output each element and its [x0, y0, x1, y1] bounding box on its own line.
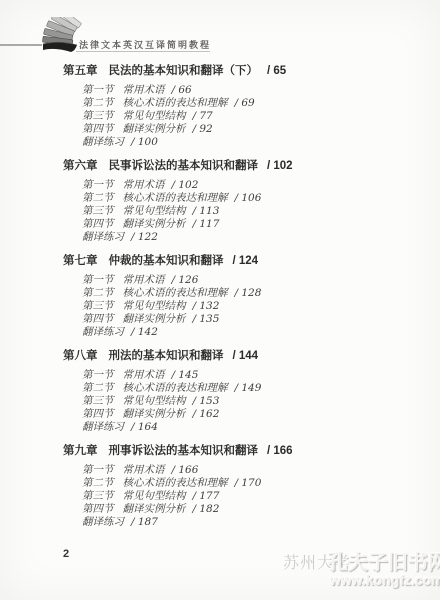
- chapter-heading: 第五章民法的基本知识和翻译（下）/ 65: [63, 64, 420, 79]
- section-title: 常见句型结构: [123, 395, 186, 407]
- section-page-number: / 187: [131, 516, 158, 528]
- chapter-title: 刑法的基本知识和翻译: [109, 350, 224, 362]
- section-number-label: 第一节: [82, 464, 114, 476]
- section-page-number: / 66: [172, 84, 192, 96]
- toc-section-entry: 第一节常用术语/ 102: [82, 179, 420, 192]
- chapter-page-number: / 124: [233, 255, 259, 267]
- section-page-number: / 113: [193, 205, 220, 217]
- section-title: 翻译练习: [82, 421, 124, 433]
- toc-section-entry: 第三节常见句型结构/ 113: [82, 205, 420, 218]
- toc-section-entry: 第四节翻译实例分析/ 135: [82, 313, 420, 326]
- section-number-label: 第一节: [82, 274, 114, 286]
- section-page-number: / 122: [131, 231, 158, 243]
- section-title: 翻译练习: [82, 136, 124, 148]
- section-page-number: / 126: [172, 274, 199, 286]
- chapter-heading: 第八章刑法的基本知识和翻译/ 144: [63, 349, 420, 364]
- section-page-number: / 142: [131, 326, 158, 338]
- toc-section-entry: 第四节翻译实例分析/ 182: [82, 503, 420, 516]
- section-title: 翻译练习: [82, 231, 124, 243]
- section-title: 翻译实例分析: [123, 408, 186, 420]
- section-title: 翻译实例分析: [123, 503, 186, 515]
- section-title: 核心术语的表达和理解: [123, 382, 228, 394]
- toc-section-entry: 第三节常见句型结构/ 177: [82, 490, 420, 503]
- chapter-heading: 第六章民事诉讼法的基本知识和翻译/ 102: [63, 159, 420, 174]
- section-page-number: / 102: [172, 179, 199, 191]
- toc-section-entry: 第三节常见句型结构/ 77: [82, 110, 420, 123]
- section-number-label: 第三节: [82, 395, 114, 407]
- toc-section-entry: 第二节核心术语的表达和理解/ 69: [82, 97, 420, 110]
- section-title: 翻译实例分析: [123, 123, 186, 135]
- table-of-contents: 第五章民法的基本知识和翻译（下）/ 65 第一节常用术语/ 66 第二节核心术语…: [63, 64, 420, 539]
- toc-section-entry: 翻译练习/ 187: [82, 516, 420, 529]
- section-number-label: 第三节: [82, 490, 114, 502]
- section-page-number: / 149: [235, 382, 262, 394]
- chapter-number-label: 第七章: [63, 255, 98, 267]
- toc-section-entry: 第四节翻译实例分析/ 92: [82, 123, 420, 136]
- chapter-number-label: 第九章: [63, 445, 98, 457]
- watermark-kongfz-url: www.kongfz.com: [330, 572, 440, 588]
- section-page-number: / 153: [193, 395, 220, 407]
- section-number-label: 第二节: [82, 97, 114, 109]
- section-page-number: / 170: [235, 477, 262, 489]
- toc-section-entry: 第三节常见句型结构/ 153: [82, 395, 420, 408]
- chapter-sections-list: 第一节常用术语/ 66 第二节核心术语的表达和理解/ 69 第三节常见句型结构/…: [63, 84, 420, 149]
- section-page-number: / 106: [235, 192, 262, 204]
- chapter-number-label: 第八章: [63, 350, 98, 362]
- chapter-title: 仲裁的基本知识和翻译: [109, 255, 224, 267]
- section-title: 常见句型结构: [123, 490, 186, 502]
- chapter-number-label: 第五章: [63, 65, 98, 77]
- toc-section-entry: 第二节核心术语的表达和理解/ 106: [82, 192, 420, 205]
- chapter-sections-list: 第一节常用术语/ 126 第二节核心术语的表达和理解/ 128 第三节常见句型结…: [63, 274, 420, 339]
- toc-chapter-block: 第六章民事诉讼法的基本知识和翻译/ 102 第一节常用术语/ 102 第二节核心…: [63, 159, 420, 244]
- toc-section-entry: 第一节常用术语/ 126: [82, 274, 420, 287]
- toc-section-entry: 第二节核心术语的表达和理解/ 128: [82, 287, 420, 300]
- chapter-number-label: 第六章: [63, 160, 98, 172]
- section-page-number: / 77: [193, 110, 213, 122]
- running-head-book-title: 法律文本英汉互译简明教程: [79, 38, 211, 51]
- section-number-label: 第一节: [82, 84, 114, 96]
- toc-section-entry: 翻译练习/ 100: [82, 136, 420, 149]
- toc-section-entry: 第二节核心术语的表达和理解/ 149: [82, 382, 420, 395]
- toc-chapter-block: 第九章刑事诉讼法的基本知识和翻译/ 166 第一节常用术语/ 166 第二节核心…: [63, 444, 420, 529]
- section-number-label: 第二节: [82, 477, 114, 489]
- section-number-label: 第四节: [82, 503, 114, 515]
- chapter-heading: 第七章仲裁的基本知识和翻译/ 124: [63, 254, 420, 269]
- section-number-label: 第一节: [82, 369, 114, 381]
- section-page-number: / 164: [131, 421, 158, 433]
- section-title: 常用术语: [123, 274, 165, 286]
- section-page-number: / 182: [193, 503, 220, 515]
- chapter-sections-list: 第一节常用术语/ 166 第二节核心术语的表达和理解/ 170 第三节常见句型结…: [63, 464, 420, 529]
- toc-chapter-block: 第五章民法的基本知识和翻译（下）/ 65 第一节常用术语/ 66 第二节核心术语…: [63, 64, 420, 149]
- section-title: 翻译实例分析: [123, 313, 186, 325]
- chapter-sections-list: 第一节常用术语/ 145 第二节核心术语的表达和理解/ 149 第三节常见句型结…: [63, 369, 420, 434]
- section-title: 常见句型结构: [123, 205, 186, 217]
- section-page-number: / 135: [193, 313, 220, 325]
- section-page-number: / 117: [193, 218, 220, 230]
- chapter-sections-list: 第一节常用术语/ 102 第二节核心术语的表达和理解/ 106 第三节常见句型结…: [63, 179, 420, 244]
- toc-chapter-block: 第七章仲裁的基本知识和翻译/ 124 第一节常用术语/ 126 第二节核心术语的…: [63, 254, 420, 339]
- section-number-label: 第三节: [82, 110, 114, 122]
- toc-section-entry: 第一节常用术语/ 145: [82, 369, 420, 382]
- toc-section-entry: 翻译练习/ 164: [82, 421, 420, 434]
- section-title: 翻译练习: [82, 516, 124, 528]
- chapter-title: 民事诉讼法的基本知识和翻译: [109, 160, 259, 172]
- toc-section-entry: 翻译练习/ 122: [82, 231, 420, 244]
- section-number-label: 第四节: [82, 408, 114, 420]
- fanned-books-logo-icon: [36, 17, 82, 54]
- section-title: 核心术语的表达和理解: [123, 287, 228, 299]
- section-title: 常用术语: [123, 179, 165, 191]
- section-number-label: 第四节: [82, 123, 114, 135]
- watermark-kongfz-site-text: 孔夫子旧书网: [328, 546, 440, 575]
- section-title: 常见句型结构: [123, 300, 186, 312]
- section-title: 核心术语的表达和理解: [123, 477, 228, 489]
- section-page-number: / 166: [172, 464, 199, 476]
- chapter-page-number: / 65: [267, 65, 286, 77]
- toc-chapter-block: 第八章刑法的基本知识和翻译/ 144 第一节常用术语/ 145 第二节核心术语的…: [63, 349, 420, 434]
- section-page-number: / 69: [235, 97, 255, 109]
- section-page-number: / 162: [193, 408, 220, 420]
- toc-section-entry: 第四节翻译实例分析/ 117: [82, 218, 420, 231]
- section-title: 核心术语的表达和理解: [123, 192, 228, 204]
- section-number-label: 第四节: [82, 313, 114, 325]
- section-number-label: 第三节: [82, 300, 114, 312]
- toc-section-entry: 翻译练习/ 142: [82, 326, 420, 339]
- section-page-number: / 92: [193, 123, 213, 135]
- section-page-number: / 132: [193, 300, 220, 312]
- folio-page-number: 2: [63, 548, 69, 560]
- section-page-number: / 100: [131, 136, 158, 148]
- section-page-number: / 177: [193, 490, 220, 502]
- section-page-number: / 128: [235, 287, 262, 299]
- section-number-label: 第二节: [82, 382, 114, 394]
- section-title: 翻译练习: [82, 326, 124, 338]
- toc-section-entry: 第二节核心术语的表达和理解/ 170: [82, 477, 420, 490]
- section-number-label: 第四节: [82, 218, 114, 230]
- section-title: 翻译实例分析: [123, 218, 186, 230]
- toc-section-entry: 第一节常用术语/ 166: [82, 464, 420, 477]
- toc-section-entry: 第一节常用术语/ 66: [82, 84, 420, 97]
- section-number-label: 第二节: [82, 192, 114, 204]
- header-underline: [76, 51, 210, 52]
- section-title: 核心术语的表达和理解: [123, 97, 228, 109]
- chapter-page-number: / 166: [267, 445, 293, 457]
- section-page-number: / 145: [172, 369, 199, 381]
- chapter-heading: 第九章刑事诉讼法的基本知识和翻译/ 166: [63, 444, 420, 459]
- toc-section-entry: 第四节翻译实例分析/ 162: [82, 408, 420, 421]
- section-number-label: 第二节: [82, 287, 114, 299]
- chapter-page-number: / 144: [233, 350, 259, 362]
- chapter-page-number: / 102: [267, 160, 293, 172]
- section-title: 常用术语: [123, 369, 165, 381]
- section-number-label: 第三节: [82, 205, 114, 217]
- chapter-title: 民法的基本知识和翻译（下）: [109, 65, 259, 77]
- section-title: 常用术语: [123, 84, 165, 96]
- section-title: 常用术语: [123, 464, 165, 476]
- section-title: 常见句型结构: [123, 110, 186, 122]
- scanned-book-page: 法律文本英汉互译简明教程 第五章民法的基本知识和翻译（下）/ 65 第一节常用术…: [0, 0, 440, 600]
- chapter-title: 刑事诉讼法的基本知识和翻译: [109, 445, 259, 457]
- toc-section-entry: 第三节常见句型结构/ 132: [82, 300, 420, 313]
- section-number-label: 第一节: [82, 179, 114, 191]
